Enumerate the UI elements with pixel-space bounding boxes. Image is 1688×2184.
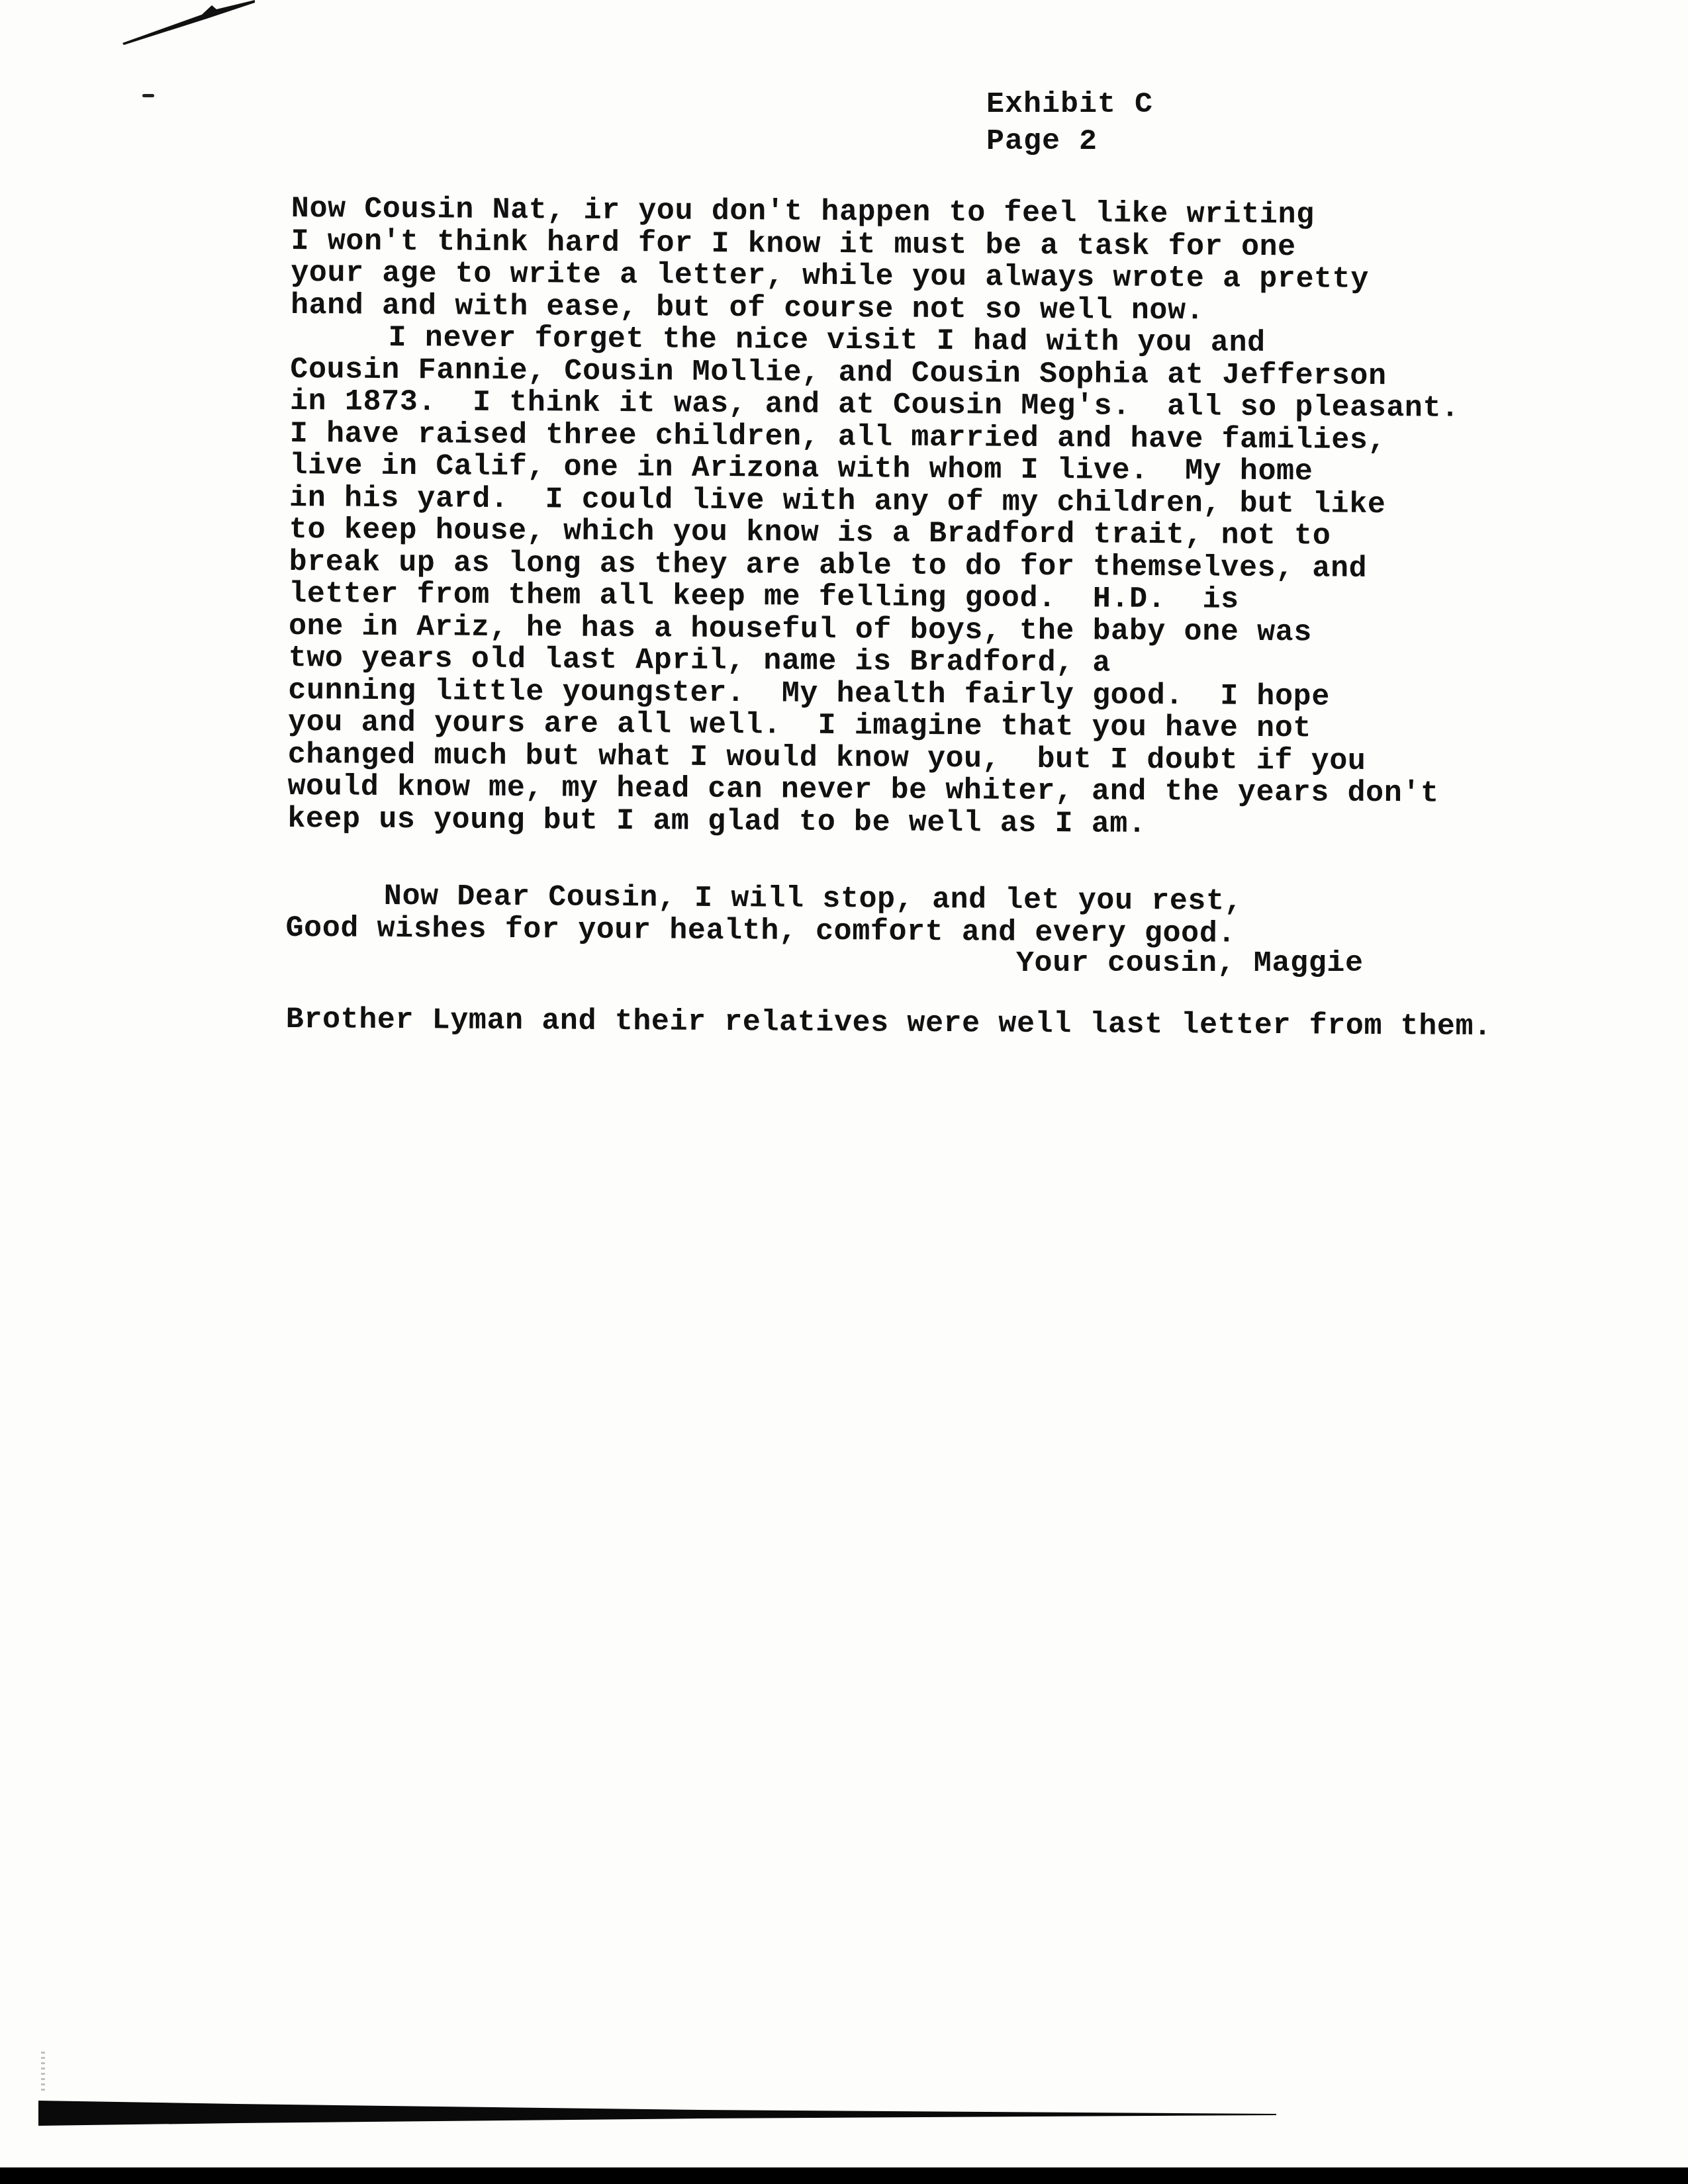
closing-paragraph: Now Dear Cousin, I will stop, and let yo… — [285, 880, 1243, 950]
scan-edge-shadow — [38, 2101, 1276, 2127]
letter-body: Now Cousin Nat, ir you don't happen to f… — [287, 193, 1461, 842]
exhibit-header: Exhibit C Page 2 — [986, 86, 1153, 160]
scan-speckle — [41, 2052, 45, 2091]
scan-bottom-edge — [0, 2167, 1688, 2184]
pen-stroke-mark — [122, 0, 255, 46]
ink-speck — [142, 94, 154, 97]
closing-line: Good wishes for your health, comfort and… — [285, 912, 1243, 950]
signature: Your cousin, Maggie — [1016, 946, 1363, 980]
scanned-letter-page: Exhibit C Page 2 Now Cousin Nat, ir you … — [0, 0, 1688, 2184]
postscript: Brother Lyman and their relatives were w… — [286, 1003, 1492, 1044]
exhibit-label: Exhibit C — [986, 86, 1153, 123]
page-number: Page 2 — [986, 123, 1153, 160]
